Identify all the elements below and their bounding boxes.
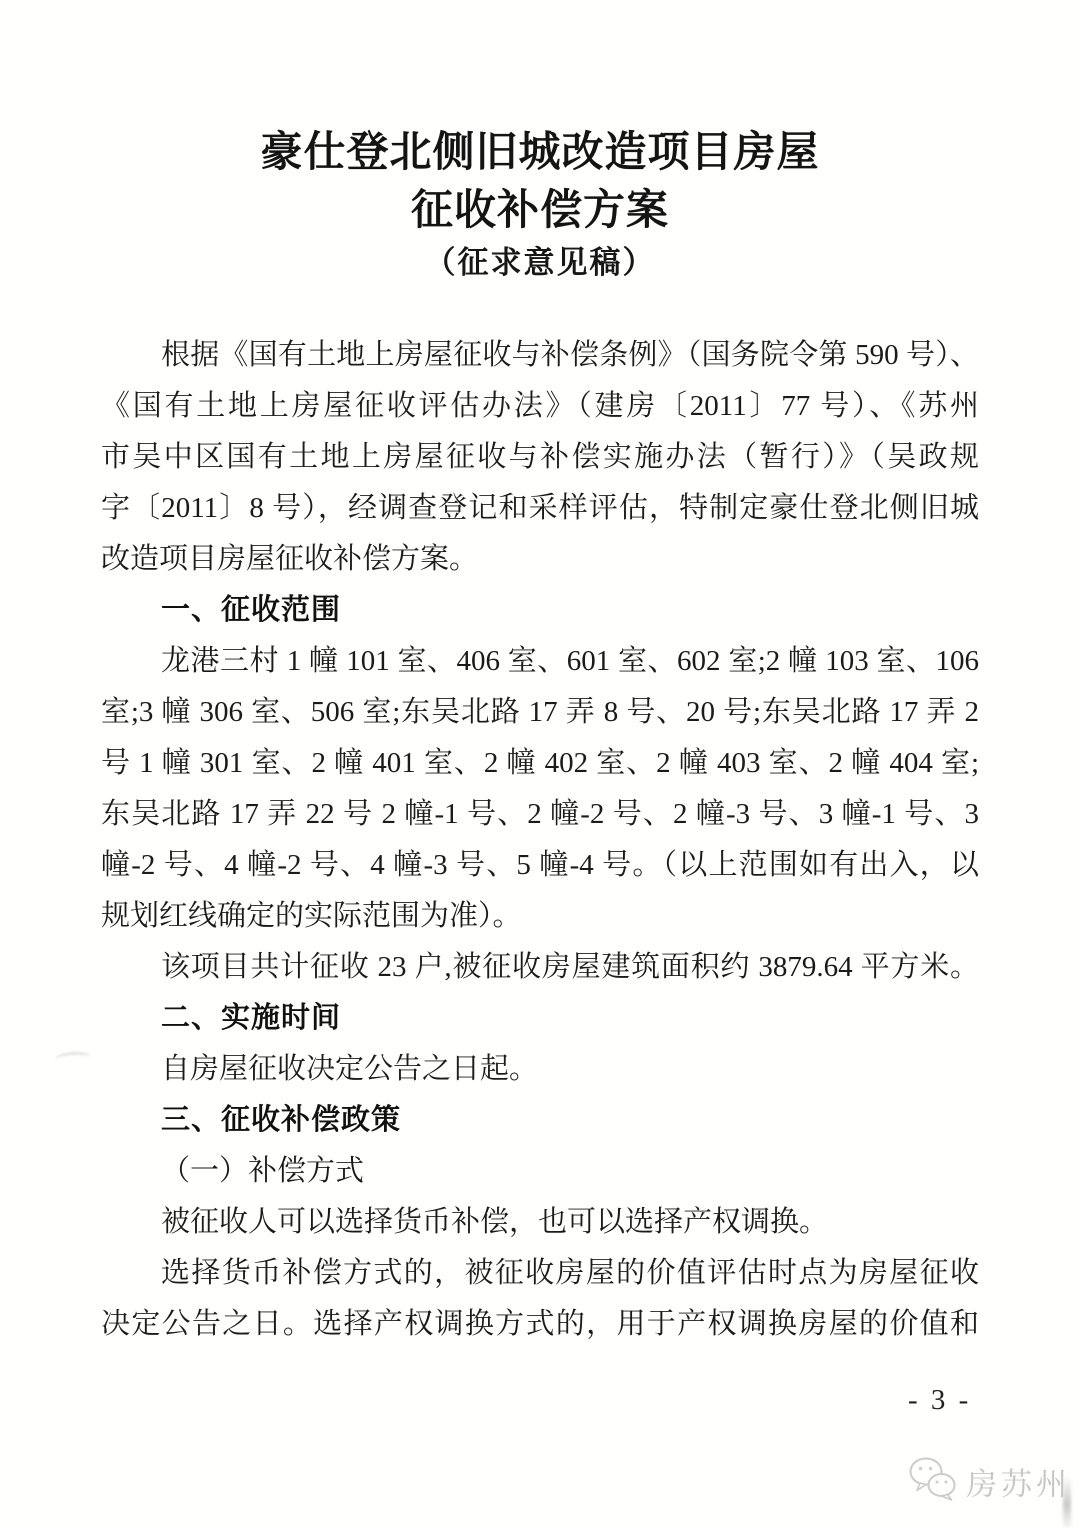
doc-title-line-2: 征收补偿方案 xyxy=(0,182,1080,240)
body-line: 自房屋征收决定公告之日起。 xyxy=(101,1044,979,1095)
section-heading: 二、实施时间 xyxy=(101,993,979,1044)
body-line: 选择货币补偿方式的，被征收房屋的价值评估时点为房屋征收 xyxy=(101,1248,979,1299)
body-line: 市吴中区国有土地上房屋征收与补偿实施办法（暂行）》（吴政规 xyxy=(101,432,979,483)
page-number: - 3 - xyxy=(908,1384,971,1417)
title-block: 豪仕登北侧旧城改造项目房屋 征收补偿方案 （征求意见稿） xyxy=(0,0,1080,286)
wechat-icon xyxy=(908,1456,958,1507)
body-line: 规划红线确定的实际范围为准）。 xyxy=(101,891,979,942)
body-line: 决定公告之日。选择产权调换方式的，用于产权调换房屋的价值和 xyxy=(101,1299,979,1350)
body-line: 幢-2 号、4 幢-2 号、4 幢-3 号、5 幢-4 号。（以上范围如有出入，… xyxy=(101,840,979,891)
body-line: 根据《国有土地上房屋征收与补偿条例》（国务院令第 590 号）、 xyxy=(101,330,979,381)
body-line: 字〔2011〕8 号），经调查登记和采样评估，特制定豪仕登北侧旧城 xyxy=(101,483,979,534)
scanned-document-page: 豪仕登北侧旧城改造项目房屋 征收补偿方案 （征求意见稿） 根据《国有土地上房屋征… xyxy=(0,0,1080,1528)
section-heading: 一、征收范围 xyxy=(101,585,979,636)
body-line: 改造项目房屋征收补偿方案。 xyxy=(101,534,979,585)
watermark: 房苏州 xyxy=(908,1456,1071,1507)
body-line: 该项目共计征收 23 户,被征收房屋建筑面积约 3879.64 平方米。 xyxy=(101,942,979,993)
scan-streak-artifact xyxy=(1063,1476,1071,1528)
watermark-label: 房苏州 xyxy=(966,1459,1071,1504)
doc-subtitle: （征求意见稿） xyxy=(0,240,1080,286)
body-line: 被征收人可以选择货币补偿，也可以选择产权调换。 xyxy=(101,1197,979,1248)
body-line: 号 1 幢 301 室、2 幢 401 室、2 幢 402 室、2 幢 403 … xyxy=(101,738,979,789)
scan-smudge-artifact xyxy=(55,1051,92,1066)
body-line: 《国有土地上房屋征收评估办法》（建房〔2011〕77 号）、《苏州 xyxy=(101,381,979,432)
section-heading: 三、征收补偿政策 xyxy=(101,1095,979,1146)
doc-title-line-1: 豪仕登北侧旧城改造项目房屋 xyxy=(0,124,1080,182)
body-line: （一）补偿方式 xyxy=(101,1146,979,1197)
body-line: 东吴北路 17 弄 22 号 2 幢-1 号、2 幢-2 号、2 幢-3 号、3… xyxy=(101,789,979,840)
body-line: 室;3 幢 306 室、506 室;东吴北路 17 弄 8 号、20 号;东吴北… xyxy=(101,687,979,738)
body-line: 龙港三村 1 幢 101 室、406 室、601 室、602 室;2 幢 103… xyxy=(101,636,979,687)
doc-body: 根据《国有土地上房屋征收与补偿条例》（国务院令第 590 号）、《国有土地上房屋… xyxy=(101,330,979,1350)
